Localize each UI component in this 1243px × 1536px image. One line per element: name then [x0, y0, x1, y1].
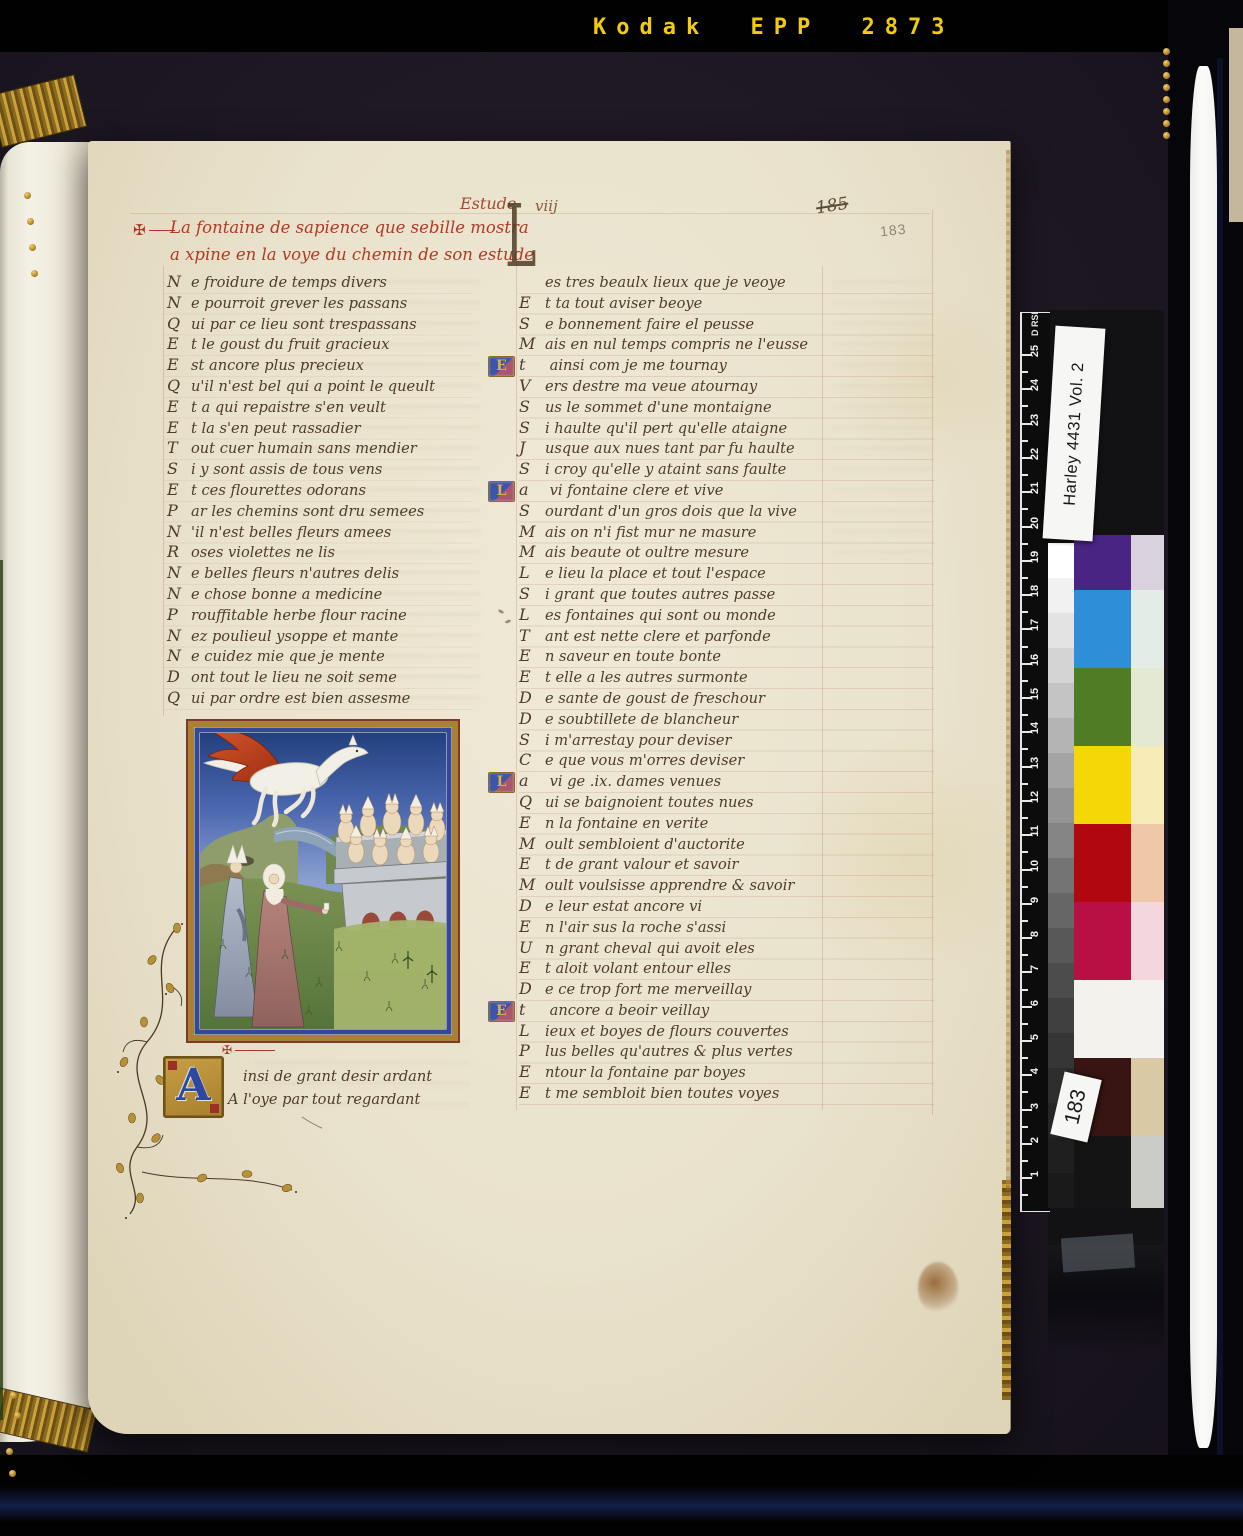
ruler-minor-tick — [1022, 680, 1028, 682]
film-edge-white-strip — [1190, 66, 1217, 1448]
ruler-number: 14 — [1029, 718, 1041, 738]
verse-text: t elle a les autres surmonte — [545, 669, 748, 686]
verse-line: Ne pourroit grever les passans — [167, 293, 435, 314]
gray-step — [1048, 578, 1074, 613]
verse-text: ui se baignoient toutes nues — [545, 794, 754, 811]
color-swatch-purple — [1074, 535, 1131, 590]
verse-initial: M — [519, 834, 545, 853]
section-cross-icon: ✠ — [222, 1043, 275, 1057]
verse-text: n l'air sus la roche s'assi — [545, 919, 726, 936]
verse-text: e sante de goust de freschour — [545, 690, 765, 707]
tint-swatch-purple — [1131, 535, 1164, 590]
tint-swatch-green — [1131, 668, 1164, 746]
verse-text: out cuer humain sans mendier — [191, 440, 417, 457]
verse-line: Et de grant valour et savoir — [519, 854, 808, 875]
left-text-column: Ne froidure de temps diversNe pourroit g… — [167, 272, 435, 709]
ruler-top-label: D RSI — [1030, 312, 1040, 336]
verse-line: Entour la fontaine par boyes — [519, 1062, 808, 1083]
verse-line: A l'oye par tout regardant — [228, 1089, 432, 1112]
verse-text: insi de grant desir ardant — [243, 1068, 432, 1085]
ruler-number: 9 — [1029, 890, 1041, 910]
verse-line: Et ainsi com je me tournay — [519, 355, 808, 376]
bleedthrough-text — [832, 280, 932, 570]
gray-step — [1048, 788, 1074, 823]
verse-initial: C — [519, 750, 545, 769]
ruler-number: 11 — [1029, 821, 1041, 841]
gray-step — [1048, 753, 1074, 788]
ruler-number: 8 — [1029, 924, 1041, 944]
verse-line: Un grant cheval qui avoit eles — [519, 938, 808, 959]
gray-step — [1048, 1173, 1074, 1208]
verse-text: ais beaute ot oultre mesure — [545, 544, 749, 561]
ruler-number: 25 — [1029, 341, 1041, 361]
tint-swatches — [1131, 535, 1164, 1208]
verse-initial: M — [519, 334, 545, 353]
gilt-bead — [9, 1470, 16, 1477]
ruler-minor-tick — [1022, 748, 1028, 750]
color-swatch-white — [1074, 980, 1131, 1058]
verse-initial: L — [519, 605, 545, 624]
verse-line: De leur estat ancore vi — [519, 896, 808, 917]
verse-initial: E — [167, 418, 191, 437]
ruler-minor-tick — [1022, 1023, 1028, 1025]
verse-line: Et ancore a beoir veillay — [519, 1000, 808, 1021]
ruler-number: 5 — [1029, 1027, 1041, 1047]
rubric-cross-icon: ✠ — [133, 221, 175, 239]
verse-line: Si haulte qu'il pert qu'elle ataigne — [519, 418, 808, 439]
gilt-bead — [6, 1448, 13, 1455]
verse-line: N'il n'est belles fleurs amees — [167, 522, 435, 543]
verse-line: La vi fontaine clere et vive — [519, 480, 808, 501]
verse-initial: R — [167, 542, 191, 561]
verse-text: es tres beaulx lieux que je veoye — [545, 274, 786, 291]
verse-text: e soubtillete de blancheur — [545, 711, 738, 728]
ruler-minor-tick — [1022, 646, 1028, 648]
verse-text: e leur estat ancore vi — [545, 898, 702, 915]
page-curl-edge — [0, 142, 92, 1442]
film-label: Kodak EPP 2873 — [593, 15, 954, 40]
ruler-number: 7 — [1029, 958, 1041, 978]
verse-line: Et me sembloit bien toutes voyes — [519, 1083, 808, 1104]
ruler-number: 12 — [1029, 787, 1041, 807]
verse-line: Tant est nette clere et parfonde — [519, 626, 808, 647]
ruler-minor-tick — [1022, 1126, 1028, 1128]
ruler-number: 15 — [1029, 684, 1041, 704]
verse-line: Mais beaute ot oultre mesure — [519, 542, 808, 563]
ruler-number: 18 — [1029, 581, 1041, 601]
ruler-number: 1 — [1029, 1164, 1041, 1184]
verse-text: ui par ordre est bien assesme — [191, 690, 410, 707]
color-swatch-red — [1074, 824, 1131, 902]
verse-line: Les tres beaulx lieux que je veoye — [519, 272, 808, 293]
verse-text: e chose bonne a medicine — [191, 586, 382, 603]
verse-line: Mais on n'i fist mur ne masure — [519, 522, 808, 543]
verse-line: Ne froidure de temps divers — [167, 272, 435, 293]
verse-initial: E — [167, 397, 191, 416]
verse-text: e cuidez mie que je mente — [191, 648, 385, 665]
verse-initial: P — [167, 501, 191, 520]
gray-step — [1048, 858, 1074, 893]
verse-line: Qui par ordre est bien assesme — [167, 688, 435, 709]
verse-text: n grant cheval qui avoit eles — [545, 940, 755, 957]
below-miniature-verses: insi de grant desir ardantA l'oye par to… — [228, 1066, 432, 1111]
ruler-number: 10 — [1029, 856, 1041, 876]
gray-step — [1048, 1033, 1074, 1068]
verse-initial: T — [519, 626, 545, 645]
verse-line: Sourdant d'un gros dois que la vive — [519, 501, 808, 522]
frame-edge-sliver — [0, 560, 3, 1420]
verse-text: t la s'en peut rassadier — [191, 420, 361, 437]
verse-line: Ne belles fleurs n'autres delis — [167, 563, 435, 584]
ruler-minor-tick — [1022, 543, 1028, 545]
verse-text: t a qui repaistre s'en veult — [191, 399, 386, 416]
verse-initial: D — [519, 709, 545, 728]
verse-initial: E — [519, 646, 545, 665]
color-swatch-black — [1074, 1136, 1131, 1208]
gilt-bead — [1163, 72, 1170, 79]
verse-initial: E — [167, 480, 191, 499]
verse-initial: M — [519, 542, 545, 561]
verse-initial: M — [519, 875, 545, 894]
photo-ruler: D RSI 1234567891011121314151617181920212… — [1020, 312, 1050, 1212]
gilt-bead — [24, 192, 31, 199]
verse-initial: S — [519, 501, 545, 520]
ruling-line — [822, 266, 823, 1110]
rubric-line: a xpine en la voye du chemin de son estu… — [170, 241, 534, 268]
verse-initial: Q — [167, 376, 191, 395]
verse-initial: N — [167, 584, 191, 603]
verse-initial: U — [519, 938, 545, 957]
verse-initial: M — [519, 522, 545, 541]
ruler-number: 3 — [1029, 1096, 1041, 1116]
gilt-bead — [1163, 96, 1170, 103]
verse-line: Plus belles qu'autres & plus vertes — [519, 1041, 808, 1062]
tint-swatch-brown — [1131, 1058, 1164, 1136]
gilt-bead — [1163, 84, 1170, 91]
right-text-column: Les tres beaulx lieux que je veoyeEt ta … — [519, 272, 808, 1104]
binding-edge-patch — [1229, 28, 1243, 222]
verse-text: t aloit volant entour elles — [545, 960, 731, 977]
verse-line: Le lieu la place et tout l'espace — [519, 563, 808, 584]
ruler-minor-tick — [1022, 1160, 1028, 1162]
verse-initial: N — [167, 646, 191, 665]
ruler-minor-tick — [1022, 851, 1028, 853]
gilt-bead — [1163, 60, 1170, 67]
verse-initial: t — [519, 1000, 545, 1019]
verse-text: ainsi com je me tournay — [545, 357, 727, 374]
verse-text: i croy qu'elle y ataint sans faulte — [545, 461, 786, 478]
verse-initial: D — [519, 979, 545, 998]
verse-line: Si grant que toutes autres passe — [519, 584, 808, 605]
verse-line: Mais en nul temps compris ne l'eusse — [519, 334, 808, 355]
verse-line: De soubtillete de blancheur — [519, 709, 808, 730]
ruler-number: 24 — [1029, 375, 1041, 395]
verse-line: En la fontaine en verite — [519, 813, 808, 834]
verse-initial: N — [167, 626, 191, 645]
verse-initial: L — [519, 1021, 545, 1040]
gray-step — [1048, 893, 1074, 928]
illuminated-initial-A: A — [163, 1056, 224, 1118]
gilt-bead — [10, 1392, 17, 1399]
verse-line: Nez poulieul ysoppe et mante — [167, 626, 435, 647]
verse-line: Qu'il n'est bel qui a point le queult — [167, 376, 435, 397]
verse-text: usque aux nues tant par fu haulte — [545, 440, 795, 457]
tint-swatch-magenta — [1131, 902, 1164, 980]
verse-text: vi fontaine clere et vive — [545, 482, 723, 499]
verse-text: oult voulsisse apprendre & savoir — [545, 877, 794, 894]
verse-text: ez poulieul ysoppe et mante — [191, 628, 398, 645]
illuminated-initial: E — [488, 356, 515, 377]
verse-initial: S — [519, 314, 545, 333]
verse-text: vi ge .ix. dames venues — [545, 773, 721, 790]
ruler-number: 16 — [1029, 650, 1041, 670]
verse-line: Et aloit volant entour elles — [519, 958, 808, 979]
ruler-minor-tick — [1022, 1091, 1028, 1093]
verse-text: ais en nul temps compris ne l'eusse — [545, 336, 808, 353]
verse-initial: t — [519, 355, 545, 374]
ruler-minor-tick — [1022, 1057, 1028, 1059]
verse-line: Ne chose bonne a medicine — [167, 584, 435, 605]
verse-line: Tout cuer humain sans mendier — [167, 438, 435, 459]
verse-initial: E — [519, 667, 545, 686]
gray-step — [1048, 823, 1074, 858]
verse-text: ntour la fontaine par boyes — [545, 1064, 746, 1081]
verse-text: ar les chemins sont dru semees — [191, 503, 424, 520]
verse-line: Roses violettes ne lis — [167, 542, 435, 563]
verse-text: i haulte qu'il pert qu'elle ataigne — [545, 420, 787, 437]
ruling-line — [932, 210, 933, 1115]
verse-initial: S — [519, 397, 545, 416]
ruler-minor-tick — [1022, 611, 1028, 613]
verse-initial: P — [167, 605, 191, 624]
ruling-line — [516, 210, 517, 1110]
ruler-minor-tick — [1022, 508, 1028, 510]
verse-line: Par les chemins sont dru semees — [167, 501, 435, 522]
verse-initial: S — [519, 730, 545, 749]
gray-step — [1048, 998, 1074, 1033]
gray-step — [1048, 928, 1074, 963]
verse-text: ais on n'i fist mur ne masure — [545, 524, 756, 541]
tint-swatch-red — [1131, 824, 1164, 902]
verse-text: e bonnement faire el peusse — [545, 316, 754, 333]
rubric-line: La fontaine de sapience que sebille most… — [170, 214, 534, 241]
color-swatch-green — [1074, 668, 1131, 746]
verse-line: Et a qui repaistre s'en veult — [167, 397, 435, 418]
ink-stain — [918, 1262, 958, 1314]
verse-line: Vers destre ma veue atournay — [519, 376, 808, 397]
ruler-minor-tick — [1022, 440, 1028, 442]
folio-number-pencil: 183 — [879, 221, 907, 240]
ruler-minor-tick — [1022, 405, 1028, 407]
ruler-minor-tick — [1022, 954, 1028, 956]
verse-text: e froidure de temps divers — [191, 274, 387, 291]
gilt-fore-edge — [1002, 1180, 1011, 1400]
verse-text: u'il n'est bel qui a point le queult — [191, 378, 435, 395]
ruler-number: 17 — [1029, 615, 1041, 635]
verse-text: rouffitable herbe flour racine — [191, 607, 407, 624]
verse-text: st ancore plus precieux — [191, 357, 364, 374]
ruler-number: 2 — [1029, 1130, 1041, 1150]
verse-text: oses violettes ne lis — [191, 544, 335, 561]
ruler-minor-tick — [1022, 989, 1028, 991]
verse-line: Ne cuidez mie que je mente — [167, 646, 435, 667]
verse-initial: Q — [519, 792, 545, 811]
verse-initial: D — [167, 667, 191, 686]
calligraphic-initial: L — [505, 194, 536, 280]
verse-initial: E — [519, 813, 545, 832]
verse-initial: a — [519, 771, 545, 790]
verse-initial: N — [167, 293, 191, 312]
verse-text: e belles fleurs n'autres delis — [191, 565, 399, 582]
verse-initial: J — [519, 438, 545, 457]
illuminated-initial: E — [488, 1001, 515, 1022]
verse-line: Les fontaines qui sont ou monde — [519, 605, 808, 626]
verse-line: Se bonnement faire el peusse — [519, 314, 808, 335]
verse-line: Et le goust du fruit gracieux — [167, 334, 435, 355]
verse-initial: E — [519, 1062, 545, 1081]
verse-initial: N — [167, 272, 191, 291]
gilt-bead — [31, 270, 38, 277]
verse-text: e lieu la place et tout l'espace — [545, 565, 766, 582]
verse-text: i m'arrestay pour deviser — [545, 732, 732, 749]
verse-line: Qui se baignoient toutes nues — [519, 792, 808, 813]
verse-line: Qui par ce lieu sont trespassans — [167, 314, 435, 335]
color-swatch-yellow — [1074, 746, 1131, 824]
verse-initial: Q — [167, 688, 191, 707]
verse-text: ancore a beoir veillay — [545, 1002, 709, 1019]
verse-initial: E — [519, 293, 545, 312]
ruler-number: 19 — [1029, 547, 1041, 567]
verse-text: es fontaines qui sont ou monde — [545, 607, 776, 624]
verse-line: En l'air sus la roche s'assi — [519, 917, 808, 938]
verse-initial: T — [167, 438, 191, 457]
verse-line: La vi ge .ix. dames venues — [519, 771, 808, 792]
ruler-minor-tick — [1022, 577, 1028, 579]
verse-line: Si croy qu'elle y ataint sans faulte — [519, 459, 808, 480]
colorbar-clip — [1061, 1234, 1135, 1273]
tint-swatch-black — [1131, 1136, 1164, 1208]
verse-initial: Q — [167, 314, 191, 333]
gray-step — [1048, 963, 1074, 998]
verse-line: Et elle a les autres surmonte — [519, 667, 808, 688]
ruler-number: 13 — [1029, 753, 1041, 773]
ruling-line — [163, 266, 164, 716]
verse-text: ui par ce lieu sont trespassans — [191, 316, 417, 333]
ruler-minor-tick — [1022, 817, 1028, 819]
verse-initial: a — [519, 480, 545, 499]
verse-initial: N — [167, 522, 191, 541]
gilt-fore-edge-faint — [1006, 150, 1010, 1190]
ruler-minor-tick — [1022, 714, 1028, 716]
verse-line: Et la s'en peut rassadier — [167, 418, 435, 439]
gray-step — [1048, 613, 1074, 648]
verse-text: e que vous m'orres deviser — [545, 752, 744, 769]
verse-line: En saveur en toute bonte — [519, 646, 808, 667]
verse-line: Et ces flourettes odorans — [167, 480, 435, 501]
sibyl-face — [269, 874, 279, 884]
verse-line: Sus le sommet d'une montaigne — [519, 397, 808, 418]
verse-text: i y sont assis de tous vens — [191, 461, 382, 478]
verse-line: Si y sont assis de tous vens — [167, 459, 435, 480]
ruler-minor-tick — [1022, 474, 1028, 476]
ruler-number: 21 — [1029, 478, 1041, 498]
verse-initial: L — [519, 563, 545, 582]
verse-text: ieux et boyes de flours couvertes — [545, 1023, 789, 1040]
verse-line: Prouffitable herbe flour racine — [167, 605, 435, 626]
verse-line: Lieux et boyes de flours couvertes — [519, 1021, 808, 1042]
verse-line: Moult sembloient d'auctorite — [519, 834, 808, 855]
verse-text: n la fontaine en verite — [545, 815, 708, 832]
verse-initial: N — [167, 563, 191, 582]
verse-initial: P — [519, 1041, 545, 1060]
gray-step — [1048, 683, 1074, 718]
gray-step — [1048, 543, 1074, 578]
verse-text: n saveur en toute bonte — [545, 648, 721, 665]
film-strip-glow — [0, 1486, 1243, 1522]
illuminated-initial: L — [488, 481, 515, 502]
verse-line: De ce trop fort me merveillay — [519, 979, 808, 1000]
verse-line: Et ta tout aviser beoye — [519, 293, 808, 314]
verse-initial: D — [519, 896, 545, 915]
verse-text: i grant que toutes autres passe — [545, 586, 775, 603]
verse-line: insi de grant desir ardant — [228, 1066, 432, 1089]
ruler-number: 23 — [1029, 410, 1041, 430]
gilt-bead — [29, 244, 36, 251]
gilt-bead — [1163, 120, 1170, 127]
color-swatch-magenta — [1074, 902, 1131, 980]
verse-text: us le sommet d'une montaigne — [545, 399, 772, 416]
verse-initial: E — [519, 1083, 545, 1102]
verse-line: Moult voulsisse apprendre & savoir — [519, 875, 808, 896]
verse-line: Si m'arrestay pour deviser — [519, 730, 808, 751]
verse-initial: E — [167, 355, 191, 374]
verse-text: oult sembloient d'auctorite — [545, 836, 745, 853]
color-swatch-blue — [1074, 590, 1131, 668]
ruler-minor-tick — [1022, 783, 1028, 785]
film-edge-line — [1217, 58, 1223, 1458]
ruler-number: 22 — [1029, 444, 1041, 464]
verse-text: t me sembloit bien toutes voyes — [545, 1085, 779, 1102]
verse-initial: V — [519, 376, 545, 395]
verse-initial: E — [167, 334, 191, 353]
verse-text: ont tout le lieu ne soit seme — [191, 669, 397, 686]
verse-initial: S — [519, 584, 545, 603]
chapter-numeral: viij — [535, 197, 558, 215]
verse-initial: E — [519, 958, 545, 977]
pegasus-eye — [356, 750, 358, 752]
ruler-number: 6 — [1029, 993, 1041, 1013]
verse-initial: E — [519, 917, 545, 936]
gilt-bead — [1163, 108, 1170, 115]
verse-initial: S — [167, 459, 191, 478]
ruler-minor-tick — [1022, 1194, 1028, 1196]
verse-initial: E — [519, 854, 545, 873]
illuminated-initial: L — [488, 772, 515, 793]
gray-step — [1048, 648, 1074, 683]
sibyl-cup — [324, 903, 329, 910]
verse-text: lus belles qu'autres & plus vertes — [545, 1043, 793, 1060]
verse-text: ant est nette clere et parfonde — [545, 628, 771, 645]
verse-text: t ces flourettes odorans — [191, 482, 366, 499]
verse-text: ourdant d'un gros dois que la vive — [545, 503, 797, 520]
verse-text: t le goust du fruit gracieux — [191, 336, 389, 353]
manuscript-photograph: Kodak EPP 2873 Estude viij 185 183 ✠ La … — [0, 0, 1243, 1536]
ruler-minor-tick — [1022, 920, 1028, 922]
verse-line: Ce que vous m'orres deviser — [519, 750, 808, 771]
verse-initial: S — [519, 418, 545, 437]
verse-initial: D — [519, 688, 545, 707]
gilt-bead — [1163, 48, 1170, 55]
